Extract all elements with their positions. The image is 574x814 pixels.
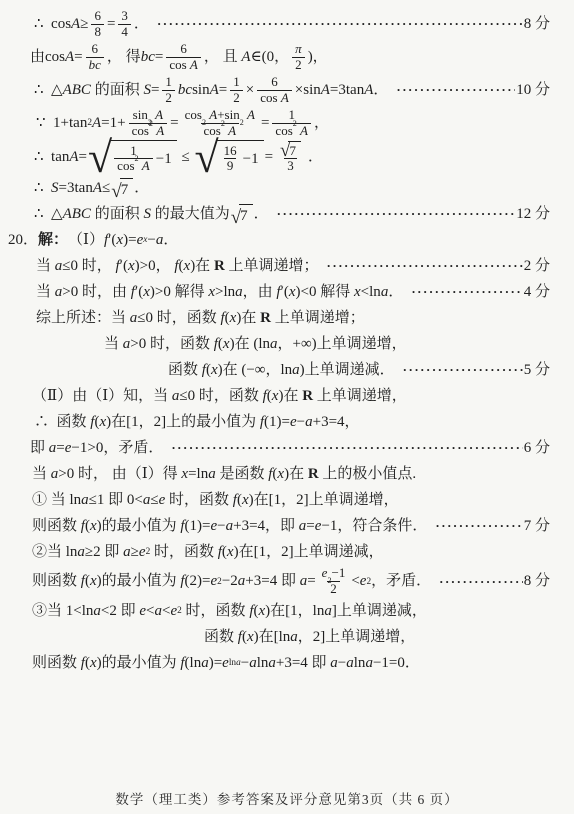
radicand: 7 <box>120 178 134 200</box>
math-variable: A <box>300 124 308 139</box>
text-run: >0 时，由 <box>62 283 130 302</box>
document-line: 当 a≤0 时， f′(x)>0， f(x)在 R 上单调递增；········… <box>8 253 550 279</box>
text-run: =3tan <box>330 81 364 100</box>
fraction-numerator: e2−1 <box>319 566 349 581</box>
math-variable: π <box>295 42 302 57</box>
fraction-numerator: 16 <box>221 144 240 159</box>
text-run: 16 <box>224 144 237 159</box>
text-run: −1 <box>331 566 345 581</box>
text-run: = <box>219 81 227 100</box>
text-run: 3 <box>121 9 128 24</box>
text-run: >0 时，函数 <box>130 335 213 354</box>
text-run: ′( <box>281 283 289 302</box>
text-run: 上单调递增， <box>313 387 407 406</box>
fraction: 68 <box>91 9 104 40</box>
radicand: 169−1 <box>217 140 264 176</box>
text-run: )在[1，2]上的最小值为 <box>106 413 260 432</box>
text-run: cos <box>260 91 281 106</box>
math-variable: x <box>242 491 249 510</box>
text-run: = <box>56 439 64 458</box>
text-run: −2 <box>222 572 238 591</box>
text-run: ∴ <box>34 179 51 198</box>
math-variable: x <box>289 283 296 302</box>
math-variable: x <box>272 387 279 406</box>
text-run: >ln <box>215 283 235 302</box>
text-run: ∈(0， <box>251 48 290 67</box>
math-variable: e <box>139 543 146 562</box>
fraction: 1cos2 A <box>272 108 311 139</box>
text-run: cos <box>185 108 202 123</box>
text-run: （Ⅰ） <box>68 231 104 250</box>
score-label: 7 分 <box>524 517 550 536</box>
document-line: ②当 lna≥2 即 a≥e2 时，函数 f(x)在[1，2]上单调递减， <box>8 539 550 565</box>
text-run: ≤1 即 0< <box>89 491 143 510</box>
text-run: (ln <box>185 654 202 673</box>
math-variable: a <box>123 543 131 562</box>
math-variable: x <box>247 628 254 647</box>
math-variable: A <box>321 81 330 100</box>
math-variable: A <box>209 108 217 123</box>
text-run: cos <box>169 58 190 73</box>
math-variable: a <box>130 309 138 328</box>
text-run: +3=4，即 <box>233 517 299 536</box>
document-line: 综上所述：当 a≤0 时，函数 f(x)在 R 上单调递增； <box>8 305 550 331</box>
text-run: ， <box>314 114 329 133</box>
text-run: 6 <box>271 75 278 90</box>
document-lines: ∴ cosA≥68=34．···························… <box>8 8 550 676</box>
text-run: )= <box>209 654 222 673</box>
fraction-denominator: 2 <box>162 90 175 106</box>
math-variable: a <box>238 572 246 591</box>
math-variable: a <box>226 517 234 536</box>
math-variable: a <box>235 283 243 302</box>
dot-leader: ········································… <box>277 206 516 222</box>
math-variable: a <box>305 413 313 432</box>
document-line: 则函数 f(x)的最小值为 f(lna)=elna−alna+3=4 即 a−a… <box>8 650 550 676</box>
text-run: cos <box>132 124 149 139</box>
text-run: >0 时， 由（Ⅰ）得 <box>58 465 181 484</box>
text-run: ≤0 时， <box>62 257 115 276</box>
document-line: 则函数 f(x)的最小值为 f(1)=e−a+3=4，即 a=e−1，符合条件．… <box>8 513 550 539</box>
text-run: )在 (−∞，ln <box>218 361 293 380</box>
text-run: = <box>306 517 314 536</box>
text-run: 则函数 <box>32 572 81 591</box>
text-run: 时，函数 <box>165 491 233 510</box>
math-variable: ABC <box>63 205 91 224</box>
math-variable: x <box>230 309 237 328</box>
square-root: √169−1 <box>194 140 263 176</box>
math-variable: bc <box>89 58 101 73</box>
text-run: ，2]上单调递增， <box>298 628 416 647</box>
math-variable: A <box>69 148 78 167</box>
fraction-numerator: 1 <box>162 75 175 90</box>
text-run: =ln <box>188 465 208 484</box>
math-variable: a <box>249 654 257 673</box>
math-variable: a <box>51 465 59 484</box>
text-run: ≤0 时，函数 <box>179 387 262 406</box>
math-variable: a <box>299 517 307 536</box>
text-run: ， 得 <box>107 48 141 67</box>
text-run: −1，符合条件． <box>321 517 427 536</box>
text-run: (1)= <box>264 413 290 432</box>
fraction-denominator: 2 <box>327 581 340 597</box>
text-run: = <box>307 572 315 591</box>
score-label: 12 分 <box>516 205 550 224</box>
fraction-denominator: cos2 A <box>114 158 153 174</box>
math-variable: a <box>346 654 354 673</box>
page-footer: 数学（理工类）参考答案及评分意见第3页（共 6 页） <box>8 782 550 812</box>
fraction-denominator: cos2 A <box>129 123 168 139</box>
math-variable: x <box>208 283 215 302</box>
fraction: 6cos A <box>257 75 292 106</box>
text-run: ln <box>354 654 366 673</box>
math-variable: S <box>143 205 151 224</box>
document-line: 函数 f(x)在[lna，2]上单调递增， <box>8 624 550 650</box>
math-variable: A <box>190 58 198 73</box>
math-variable: A <box>71 15 80 34</box>
math-variable: a <box>81 491 89 510</box>
text-run: 2 <box>233 91 240 106</box>
text-run: ln <box>229 658 236 668</box>
text-run: 4 <box>121 25 128 40</box>
document-line: 由cosA=6bc， 得bc=6cos A， 且 A∈(0，π2)， <box>8 41 550 74</box>
text-run: 的最大值为 <box>151 205 230 224</box>
text-run: )>0， <box>135 257 175 276</box>
document-line: 20．解：（Ⅰ）f′(x)=ex−a． <box>8 227 550 253</box>
math-variable: a <box>292 361 300 380</box>
text-run: −1=0． <box>373 654 420 673</box>
math-variable: x <box>277 465 284 484</box>
text-run: 6 <box>180 42 187 57</box>
fraction: 6bc <box>86 42 104 73</box>
text-run: <ln <box>361 283 381 302</box>
math-variable: a <box>77 543 85 562</box>
text-run: 8 <box>94 25 101 40</box>
math-variable: A <box>142 159 150 174</box>
text-run: = <box>151 81 159 100</box>
fraction-numerator: π <box>292 42 305 57</box>
text-run: 则函数 <box>32 654 81 673</box>
text-run: )在[1，2]上单调递减， <box>234 543 384 562</box>
math-variable: S <box>143 81 151 100</box>
text-run: <2 即 <box>101 602 139 621</box>
score-label: 4 分 <box>524 283 550 302</box>
text-run: = <box>74 48 82 67</box>
text-run: ②当 ln <box>32 543 77 562</box>
text-run: 是函数 <box>216 465 269 484</box>
fraction-numerator: 6 <box>91 9 104 24</box>
fraction-numerator: cos2 A+sin2 A <box>182 108 258 123</box>
text-run: ，矛盾． <box>371 572 431 591</box>
text-run: < <box>351 572 359 591</box>
text-run: = <box>170 114 178 133</box>
fraction: cos2 A+sin2 Acos2 A <box>182 108 258 139</box>
math-variable: a <box>324 602 332 621</box>
math-variable: A <box>241 48 250 67</box>
math-variable: e <box>139 602 146 621</box>
document-line: ∴ △ABC 的面积 S=12bcsinA=12×6cos A×sinA=3ta… <box>8 74 550 107</box>
text-run: 9 <box>227 159 234 174</box>
document-line: ∴ 函数 f(x)在[1，2]上的最小值为 f(1)=e−a+3=4， <box>8 409 550 435</box>
text-run: − <box>147 231 155 250</box>
math-variable: x <box>90 654 97 673</box>
math-variable: e <box>159 491 166 510</box>
dot-leader: ········································… <box>327 258 523 274</box>
text-run: )在[ln <box>254 628 291 647</box>
text-run: +3=4， <box>313 413 360 432</box>
math-variable: x <box>116 231 123 250</box>
text-run: 2 <box>330 582 337 597</box>
text-run: ≥ <box>131 543 139 562</box>
text-run: ]上单调递减， <box>332 602 427 621</box>
text-run: ≤ <box>102 179 110 198</box>
square-root: √1cos2 A−1 <box>88 140 177 176</box>
text-run: 则函数 <box>32 517 81 536</box>
math-variable: a <box>49 439 57 458</box>
text-run: < <box>146 602 154 621</box>
math-variable: a <box>155 602 163 621</box>
score-label: 8 分 <box>524 572 550 591</box>
radicand: 7 <box>288 141 301 159</box>
math-variable: x <box>354 283 361 302</box>
text-run: 3 <box>287 159 294 174</box>
text-run: 函数 <box>168 361 202 380</box>
math-variable: a <box>208 465 216 484</box>
fraction: e2−12 <box>319 566 349 597</box>
math-variable: A <box>93 179 102 198</box>
fraction: 12 <box>230 75 243 106</box>
text-run: 由cos <box>30 48 65 67</box>
dot-leader: ········································… <box>396 82 515 98</box>
dot-leader: ········································… <box>157 16 523 32</box>
text-run: )= <box>123 231 136 250</box>
radicand: 1cos2 A−1 <box>110 140 177 176</box>
math-variable: a <box>93 602 101 621</box>
score-label: 2 分 <box>524 257 550 276</box>
text-run: ． <box>254 205 269 224</box>
text-run: ≤0 时，函数 <box>137 309 220 328</box>
text-run: (1)= <box>185 517 211 536</box>
document-line: 当 a>0 时，函数 f(x)在 (lna，+∞)上单调递增， <box>8 331 550 357</box>
text-run: 当 <box>36 257 55 276</box>
text-run: )>0 解得 <box>150 283 208 302</box>
document-line: ∴ △ABC 的面积 S 的最大值为√7．···················… <box>8 201 550 227</box>
text-run: sin <box>192 81 210 100</box>
text-run: 当 <box>36 283 55 302</box>
math-variable: x <box>99 413 106 432</box>
text-run: − <box>338 654 346 673</box>
math-variable: A <box>156 124 164 139</box>
math-variable: e <box>290 413 297 432</box>
fraction: π2 <box>292 42 305 73</box>
math-variable: x <box>258 602 265 621</box>
document-line: ③当 1<lna<2 即 e<a<e2 时，函数 f(x)在[1，lna]上单调… <box>8 598 550 624</box>
text-run: 6 <box>94 9 101 24</box>
text-run: =1+ <box>101 114 125 133</box>
fraction: 6cos A <box>166 42 201 73</box>
math-variable: A <box>228 124 236 139</box>
text-run: )在 <box>278 387 302 406</box>
math-variable: a <box>172 387 180 406</box>
text-run: 的面积 <box>91 205 144 224</box>
text-run: (2)= <box>185 572 211 591</box>
fraction-numerator: 6 <box>177 42 190 57</box>
math-variable: a <box>300 572 308 591</box>
math-variable: a <box>381 283 389 302</box>
text-run: < <box>162 602 170 621</box>
math-variable: a <box>270 335 278 354</box>
answer-sheet-page: ∴ cosA≥68=34．···························… <box>0 0 574 814</box>
math-variable: a <box>143 491 151 510</box>
math-variable: x <box>223 335 230 354</box>
fraction-denominator: cos A <box>257 90 292 106</box>
radicand: 7 <box>239 204 253 226</box>
dot-leader: ········································… <box>439 574 523 590</box>
radical-sign: √ <box>194 141 218 175</box>
text-run: ≤ <box>178 148 194 167</box>
text-run: −1 <box>243 150 259 169</box>
text-run: ≥ <box>80 15 88 34</box>
text-run: 上的极小值点. <box>319 465 417 484</box>
bold-text-run: R <box>260 309 271 328</box>
text-run: 当 <box>32 465 51 484</box>
fraction: sin2 Acos2 A <box>129 108 168 139</box>
text-run: cos <box>275 124 292 139</box>
text-run: 综上所述：当 <box>36 309 130 328</box>
square-root: √7 <box>231 204 253 226</box>
fraction-denominator: cos2 A <box>272 123 311 139</box>
text-run: 时，函数 <box>182 602 250 621</box>
document-line: 当 a>0 时，由 f′(x)>0 解得 x>lna，由 f′(x)<0 解得 … <box>8 279 550 305</box>
text-run: )在[1，2]上单调递增， <box>249 491 399 510</box>
bold-text-run: R <box>308 465 319 484</box>
math-variable: x <box>90 572 97 591</box>
math-variable: x <box>143 283 150 302</box>
dot-leader: ········································… <box>171 440 522 456</box>
text-run: 1 <box>233 75 240 90</box>
text-run: ≤ <box>150 491 158 510</box>
text-run: )在[1，ln <box>265 602 324 621</box>
text-run: ∴ △ <box>34 81 63 100</box>
text-run: 7 <box>240 207 248 226</box>
text-run: ． <box>163 231 178 250</box>
text-run: 上单调递增； <box>271 309 365 328</box>
text-run: ， 且 <box>204 48 242 67</box>
fraction: 34 <box>118 9 131 40</box>
math-variable: e <box>360 572 367 591</box>
math-variable: A <box>92 114 101 133</box>
text-run: 当 <box>104 335 123 354</box>
text-run: 7 <box>121 181 129 200</box>
math-variable: A <box>210 81 219 100</box>
text-run: = <box>265 148 273 167</box>
score-label: 6 分 <box>524 439 550 458</box>
math-variable: A <box>281 91 289 106</box>
text-run: )在 <box>236 309 260 328</box>
text-run: +3=4 即 <box>276 654 330 673</box>
fraction: 12 <box>162 75 175 106</box>
text-run: ≥2 即 <box>85 543 123 562</box>
math-variable: a <box>156 231 164 250</box>
text-run: 时，函数 <box>150 543 218 562</box>
text-run: )在 <box>190 257 214 276</box>
bold-text-run: R <box>302 387 313 406</box>
math-variable: x <box>128 257 135 276</box>
fraction-numerator: sin2 A <box>130 108 166 123</box>
text-run: )， <box>308 48 328 67</box>
fraction-denominator: 4 <box>118 24 131 40</box>
dot-leader: ········································… <box>411 284 522 300</box>
math-variable: a <box>365 654 373 673</box>
text-run: = <box>261 114 269 133</box>
text-run: − <box>241 654 249 673</box>
text-run: ′( <box>120 257 128 276</box>
math-variable: e <box>210 572 217 591</box>
text-run: 上单调递增； <box>225 257 319 276</box>
text-run: 20． <box>8 231 38 250</box>
fraction-denominator: 9 <box>224 158 237 174</box>
text-run: cos <box>117 159 134 174</box>
math-variable: x <box>181 465 188 484</box>
fraction: √73 <box>276 141 305 175</box>
text-run: ． <box>308 148 323 167</box>
text-run: ，由 <box>243 283 277 302</box>
math-variable: e <box>222 654 229 673</box>
text-run: 2 <box>295 58 302 73</box>
fraction-denominator: bc <box>86 57 104 73</box>
math-variable: S <box>51 179 59 198</box>
math-variable: x <box>90 517 97 536</box>
document-line: ① 当 lna≤1 即 0<a≤e 时，函数 f(x)在[1，2]上单调递增， <box>8 487 550 513</box>
fraction: 169 <box>221 144 240 175</box>
math-variable: a <box>55 257 63 276</box>
text-run: )的最小值为 <box>97 572 181 591</box>
math-variable: a <box>268 654 276 673</box>
square-root: √7 <box>111 178 133 200</box>
score-label: 5 分 <box>524 361 550 380</box>
text-run: +3=4 即 <box>245 572 299 591</box>
text-run: 1 <box>165 75 172 90</box>
math-variable: e <box>315 517 322 536</box>
fraction-numerator: 6 <box>89 42 102 57</box>
document-line: ∴ tanA=√1cos2 A−1 ≤ √169−1=√73． <box>8 140 550 176</box>
math-variable: A <box>364 81 373 100</box>
text-run: × <box>246 81 254 100</box>
bold-text-run: 解： <box>38 231 68 250</box>
fraction-numerator: √7 <box>276 141 305 159</box>
text-run: （Ⅱ）由（Ⅰ）知，当 <box>32 387 172 406</box>
math-variable: a <box>330 654 338 673</box>
math-variable: e <box>210 517 217 536</box>
document-line: ∴ S=3tanA≤√7． <box>8 175 550 201</box>
text-run: ． <box>388 283 403 302</box>
text-run: 2 <box>165 91 172 106</box>
document-line: 则函数 f(x)的最小值为 f(2)=e2−2a+3=4 即 a=e2−12<e… <box>8 565 550 598</box>
text-run: ×sin <box>295 81 321 100</box>
text-run: −1 <box>156 150 172 169</box>
text-run: ③当 1<ln <box>32 602 93 621</box>
math-variable: A <box>247 108 255 123</box>
text-run: ∴ 函数 <box>34 413 90 432</box>
text-run: − <box>297 413 305 432</box>
text-run: ． <box>134 179 149 198</box>
text-run: ∴ △ <box>34 205 63 224</box>
bold-text-run: R <box>214 257 225 276</box>
math-variable: a <box>201 654 209 673</box>
math-variable: a <box>290 628 298 647</box>
math-variable: a <box>123 335 131 354</box>
radical-sign: √ <box>88 141 112 175</box>
